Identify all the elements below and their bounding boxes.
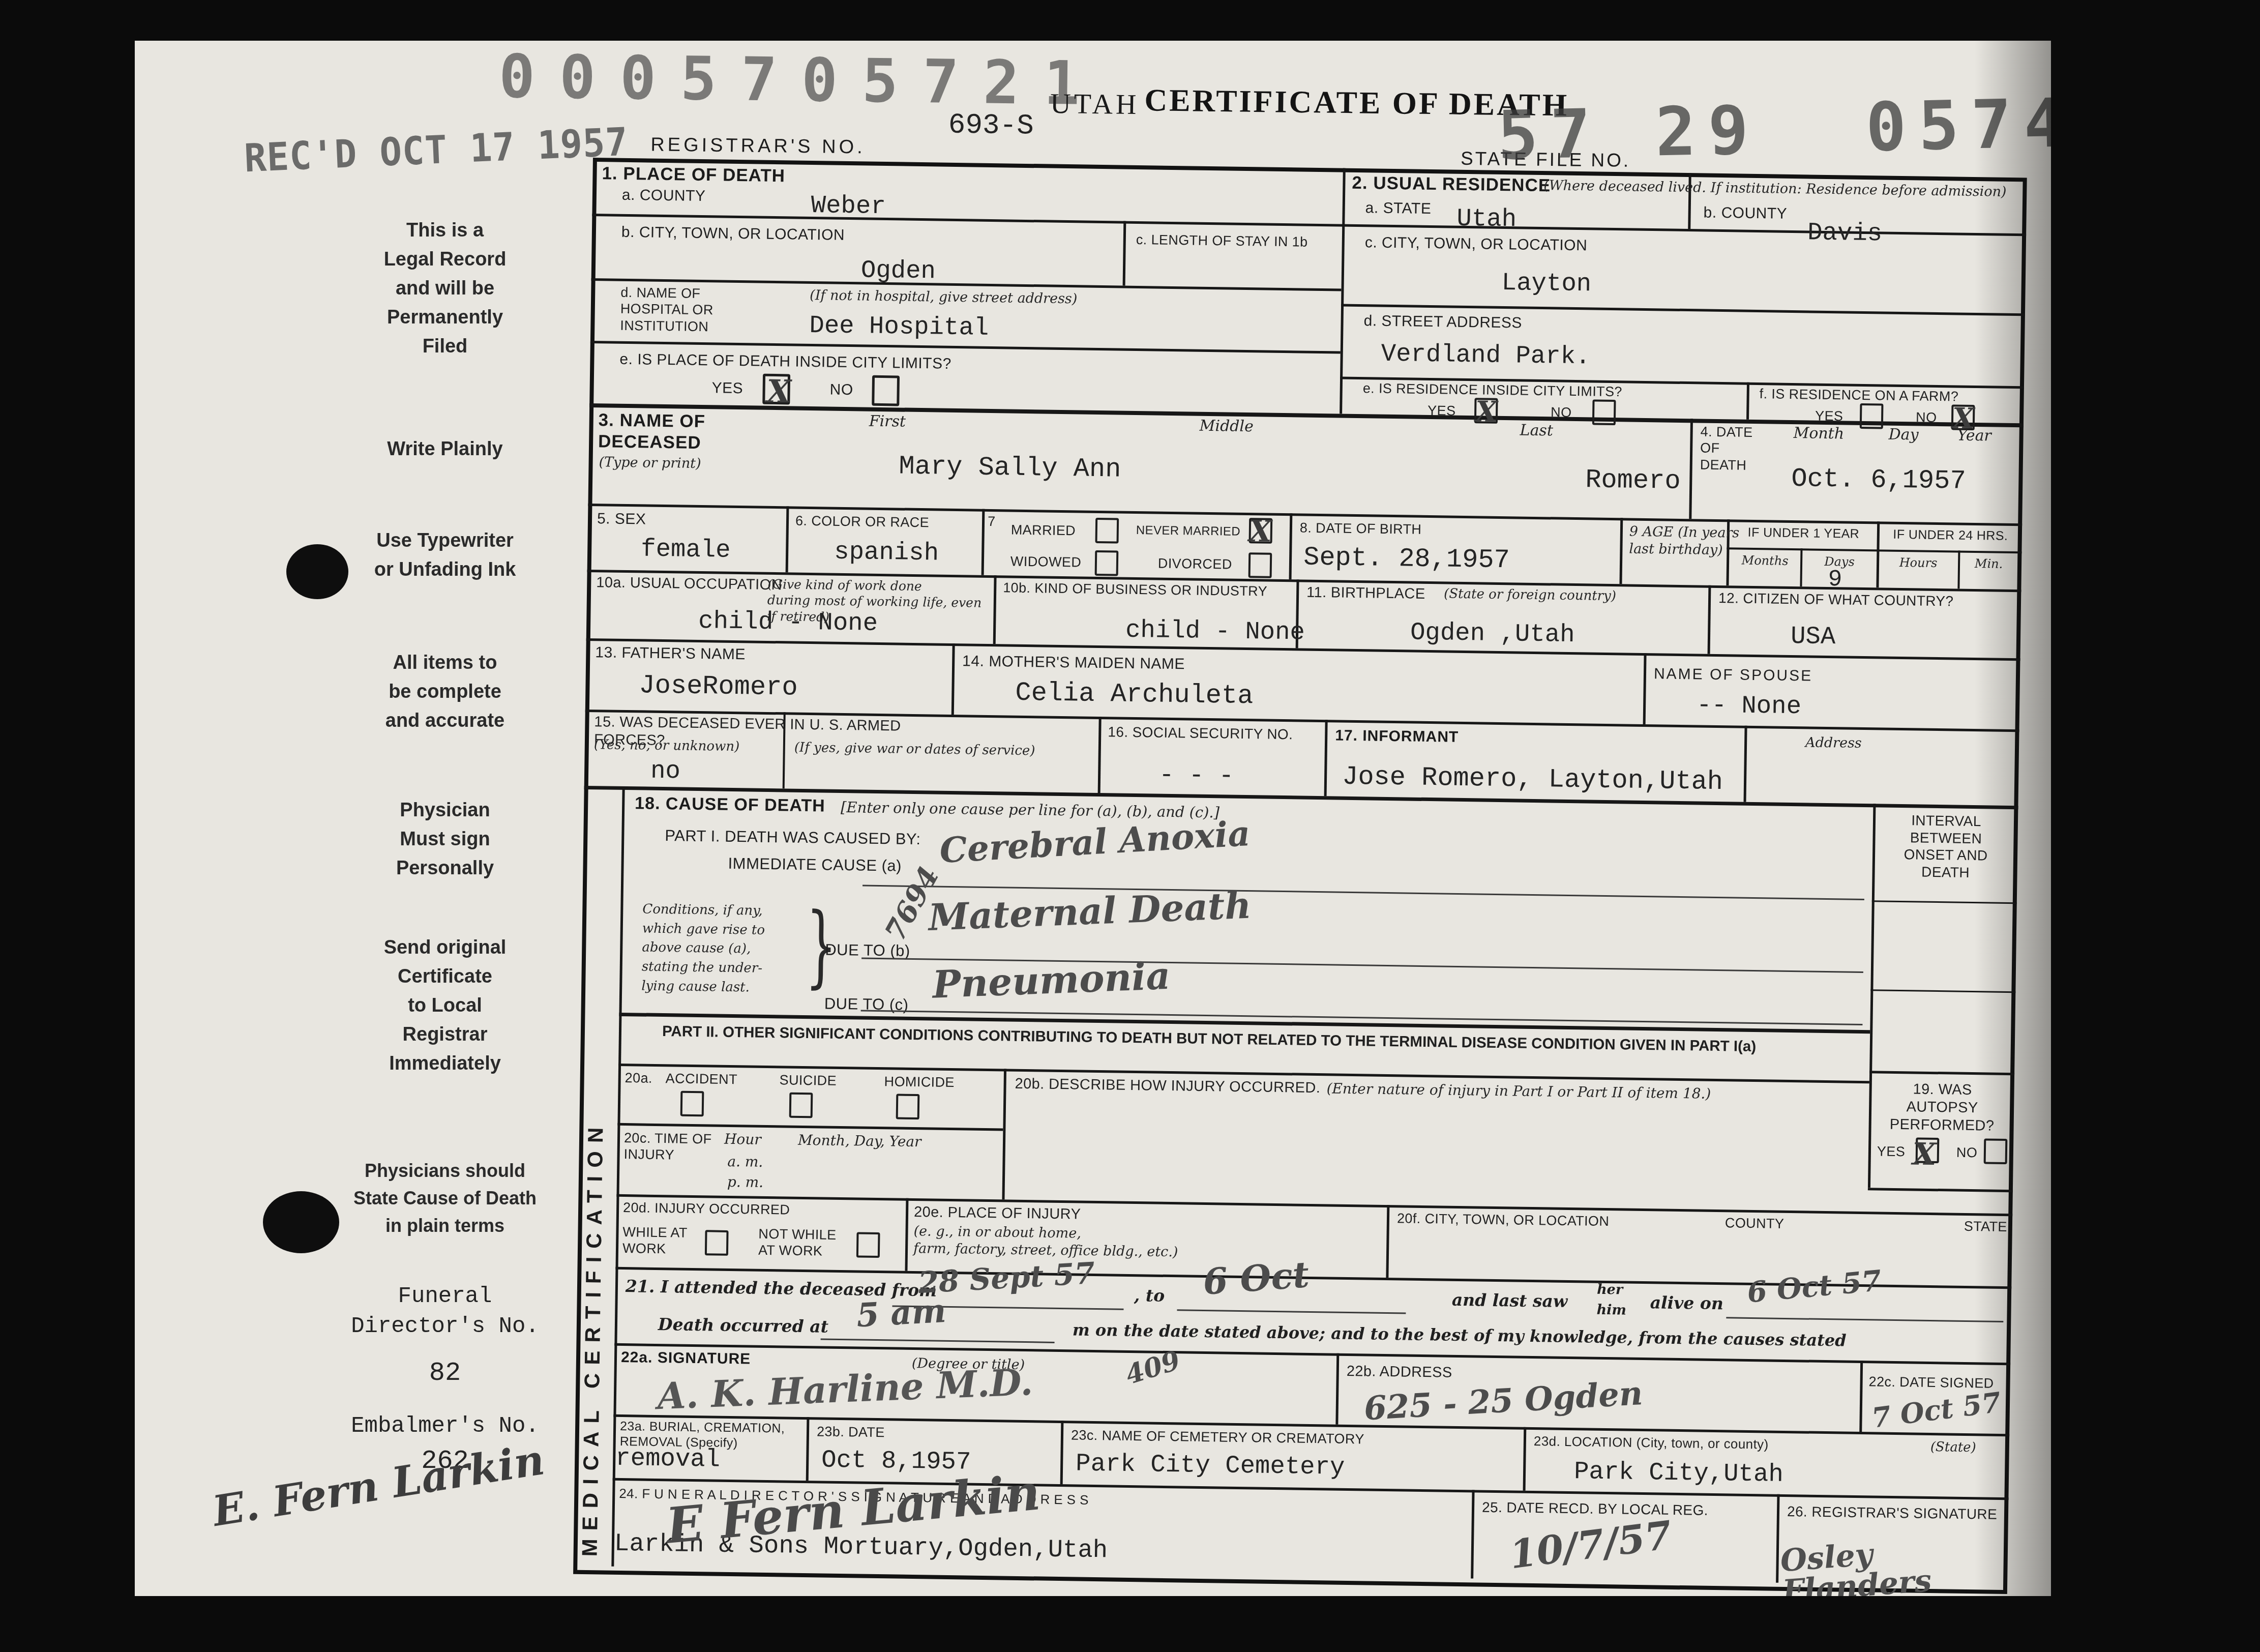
death-occurred-label: Death occurred at (658, 1314, 828, 1337)
armed-forces-note1: (Yes, no, or unknown) (594, 736, 740, 755)
residence-county-label: b. COUNTY (1703, 204, 1787, 223)
informant-value: Jose Romero, Layton,Utah (1342, 762, 1723, 797)
sex-value: female (641, 536, 731, 564)
if-under-1-year-label: IF UNDER 1 YEAR (1731, 524, 1876, 542)
divorced-checkbox (1248, 552, 1272, 578)
homicide-label: HOMICIDE (884, 1073, 955, 1090)
birthplace-label: 11. BIRTHPLACE (1306, 584, 1425, 603)
ssn-value: - - - (1159, 762, 1234, 790)
residence-city-value: Layton (1501, 270, 1591, 298)
autopsy-yes-label: YES (1877, 1143, 1906, 1160)
name-type-or-print-note: (Type or print) (599, 454, 701, 473)
death-limits-no-checkbox (872, 375, 900, 406)
autopsy-yes-mark: X (1912, 1136, 1937, 1172)
death-hour-value: 5 am (856, 1295, 947, 1333)
cemetery-location-label: 23d. LOCATION (City, town, or county) (1534, 1433, 1769, 1453)
death-month-label: Month (1793, 424, 1844, 444)
while-at-work-checkbox (705, 1230, 729, 1256)
age-hours-label: Hours (1880, 554, 1956, 571)
not-while-at-work-checkbox (856, 1232, 880, 1258)
residence-limits-yes-label: YES (1428, 402, 1456, 419)
am-label: a. m. (727, 1153, 763, 1171)
hospital-value: Dee Hospital (809, 312, 989, 342)
hour-label: Hour (724, 1130, 761, 1148)
him-label: him (1596, 1302, 1626, 1318)
residence-city-label: c. CITY, TOWN, OR LOCATION (1365, 233, 1588, 255)
her-label: her (1597, 1282, 1623, 1298)
color-race-value: spanish (834, 539, 939, 568)
attended-mid1: , to (1134, 1285, 1165, 1306)
place-of-injury-label: 20e. PLACE OF INJURY (914, 1203, 1081, 1223)
occupation-value: child - None (698, 608, 878, 638)
date-of-death-value: Oct. 6,1957 (1791, 464, 1966, 496)
fathers-name-label: 13. FATHER'S NAME (595, 643, 746, 664)
informant-address-label: Address (1805, 734, 1862, 752)
injury-city-label: 20f. CITY, TOWN, OR LOCATION (1397, 1210, 1610, 1229)
suicide-label: SUICIDE (779, 1072, 837, 1089)
accident-checkbox (680, 1091, 704, 1117)
injury-county-label: COUNTY (1725, 1215, 1785, 1232)
usual-residence-title: 2. USUAL RESIDENCE (1352, 172, 1551, 196)
attended-mid2: and last saw (1452, 1290, 1568, 1311)
place-of-death-title: 1. PLACE OF DEATH (602, 163, 785, 187)
date-of-death-label: 4. DATE OF DEATH (1700, 423, 1753, 474)
time-of-injury-label: 20c. TIME OF INJURY (623, 1130, 711, 1164)
month-day-year-label: Month, Day, Year (798, 1131, 921, 1150)
county-label: a. COUNTY (622, 186, 706, 205)
widowed-label: WIDOWED (1010, 553, 1082, 571)
fathers-name-value: JoseRomero (639, 671, 798, 702)
hospital-label: d. NAME OF HOSPITAL OR INSTITUTION (620, 284, 713, 335)
residence-state-label: a. STATE (1365, 199, 1431, 218)
accident-row-num: 20a. (625, 1070, 652, 1086)
citizen-value: USA (1791, 623, 1836, 651)
city-value: Ogden (861, 257, 936, 285)
signature-label: 22a. SIGNATURE (621, 1348, 751, 1369)
age-months-label: Months (1731, 552, 1799, 569)
part1-label: PART I. DEATH WAS CAUSED BY: (665, 826, 921, 848)
farm-no-label: NO (1916, 409, 1937, 426)
ssn-label: 16. SOCIAL SECURITY NO. (1108, 723, 1321, 743)
first-middle-name-value: Mary Sally Ann (899, 452, 1121, 484)
spouse-name-label: NAME OF SPOUSE (1654, 665, 1813, 685)
residence-limits-yes-mark: X (1475, 395, 1498, 429)
city-label: b. CITY, TOWN, OR LOCATION (621, 223, 845, 245)
residence-limits-no-checkbox (1592, 399, 1616, 425)
street-address-label: d. STREET ADDRESS (1363, 312, 1522, 332)
age-label: 9 AGE (In years last birthday) (1629, 523, 1739, 559)
death-limits-no-label: NO (829, 381, 853, 400)
farm-yes-label: YES (1815, 408, 1843, 425)
middle-name-label: Middle (1199, 417, 1254, 436)
certificate-form: MEDICAL CERTIFICATION 1. PLACE OF DEATH … (135, 41, 2051, 1596)
married-label: MARRIED (1011, 522, 1076, 539)
never-married-label: NEVER MARRIED (1136, 523, 1243, 540)
spouse-name-value: -- None (1697, 692, 1802, 721)
length-of-stay-label: c. LENGTH OF STAY IN 1b (1136, 231, 1340, 251)
never-married-mark: X (1248, 514, 1272, 549)
mothers-maiden-name-value: Celia Archuleta (1015, 678, 1254, 711)
business-industry-value: child - None (1125, 617, 1305, 647)
divorced-label: DIVORCED (1158, 555, 1232, 573)
last-name-value: Romero (1585, 465, 1681, 496)
due-to-c-value: Pneumonia (932, 957, 1171, 1004)
immediate-cause-label: IMMEDIATE CAUSE (a) (728, 854, 902, 875)
color-race-label: 6. COLOR OR RACE (795, 513, 978, 532)
death-day-label: Day (1888, 425, 1918, 445)
sex-label: 5. SEX (597, 510, 646, 528)
certificate-paper: REC'D OCT 17 1957 This is a Legal Record… (135, 41, 2051, 1596)
mothers-maiden-name-label: 14. MOTHER'S MAIDEN NAME (962, 652, 1185, 673)
date-of-birth-value: Sept. 28,1957 (1303, 543, 1510, 575)
date-of-birth-label: 8. DATE OF BIRTH (1300, 519, 1422, 538)
conditions-note: Conditions, if any, which gave rise to a… (641, 900, 765, 998)
not-while-at-work-label: NOT WHILE AT WORK (758, 1226, 837, 1260)
cemetery-location-value: Park City,Utah (1574, 1458, 1783, 1489)
burial-removal-value: removal (615, 1445, 721, 1474)
informant-label: 17. INFORMANT (1335, 726, 1459, 746)
armed-forces-value: no (650, 758, 681, 786)
name-of-deceased-title: 3. NAME OF DECEASED (598, 409, 705, 454)
pm-label: p. m. (727, 1173, 764, 1191)
cause-of-death-title: 18. CAUSE OF DEATH (635, 793, 825, 816)
occupation-label: 10a. USUAL OCCUPATION (596, 574, 782, 594)
farm-yes-checkbox (1860, 403, 1884, 429)
residence-state-value: Utah (1456, 205, 1516, 234)
death-limits-yes-label: YES (711, 379, 743, 398)
cemetery-value: Park City Cemetery (1076, 1451, 1345, 1482)
cemetery-state-note: (State) (1930, 1439, 1976, 1456)
suicide-checkbox (789, 1093, 813, 1118)
county-value: Weber (811, 192, 886, 221)
residence-county-value: Davis (1807, 219, 1883, 248)
physician-address-label: 22b. ADDRESS (1347, 1363, 1452, 1382)
first-name-label: First (869, 412, 906, 432)
street-address-value: Verdland Park. (1381, 341, 1590, 371)
homicide-checkbox (896, 1094, 920, 1120)
age-days-value: 9 (1828, 567, 1842, 593)
death-limits-yes-mark: X (766, 373, 791, 410)
burial-date-label: 23b. DATE (817, 1423, 885, 1440)
birthplace-value: Ogden ,Utah (1410, 619, 1575, 649)
married-checkbox (1095, 518, 1119, 544)
attended-to-value: 6 Oct (1202, 1257, 1311, 1300)
widowed-checkbox (1095, 550, 1119, 576)
while-at-work-label: WHILE AT WORK (622, 1224, 688, 1258)
birthplace-note: (State or foreign country) (1444, 585, 1616, 604)
registrar-signature-label: 26. REGISTRAR'S SIGNATURE (1787, 1503, 2006, 1523)
alive-on-label: alive on (1650, 1292, 1723, 1313)
marital-num: 7 (988, 513, 996, 530)
scanned-death-certificate: REC'D OCT 17 1957 This is a Legal Record… (0, 0, 2260, 1652)
injury-occurred-label: 20d. INJURY OCCURRED (623, 1199, 790, 1218)
page-curl-shadow (1975, 41, 2051, 1596)
residence-limits-no-label: NO (1551, 404, 1572, 421)
last-name-label: Last (1520, 421, 1553, 440)
accident-label: ACCIDENT (665, 1070, 737, 1087)
